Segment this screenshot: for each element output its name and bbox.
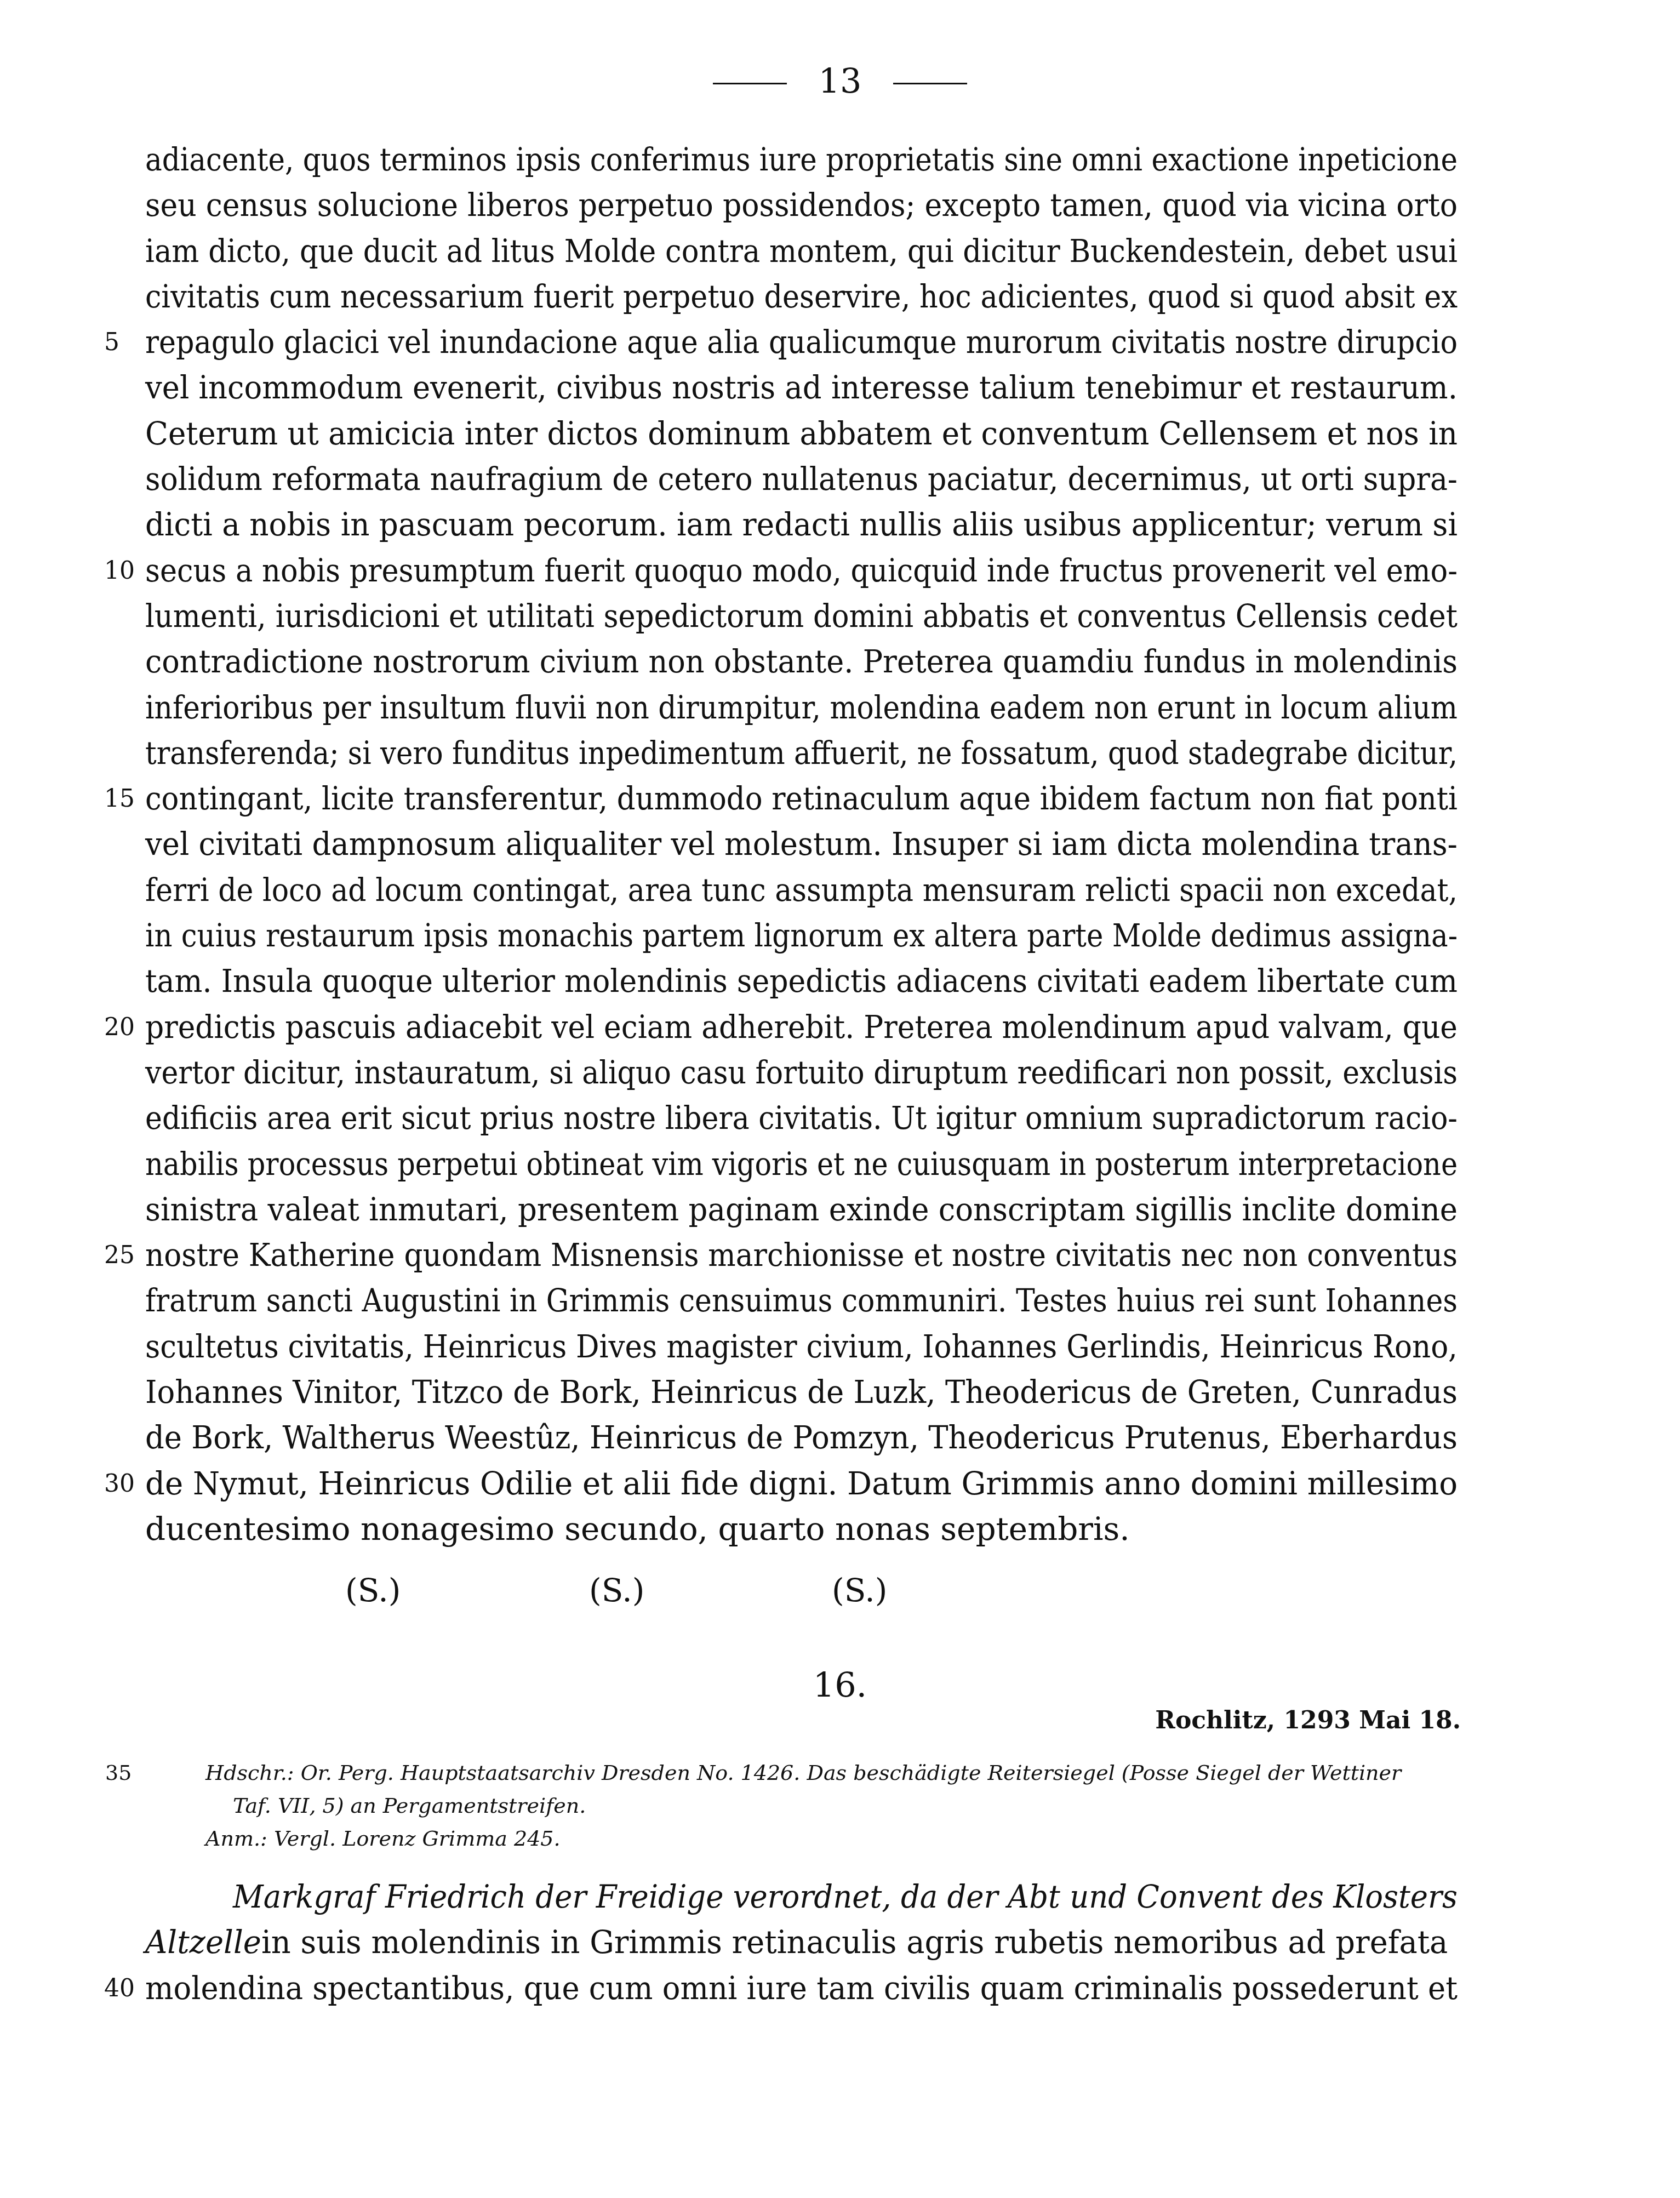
note-annotation-line: Anm.: Vergl. Lorenz Grimma 245. [110,1822,1458,1855]
line-text: fratrum sancti Augustini in Grimmis cens… [145,1278,1458,1323]
line-text: ducentesimo nonagesimo secundo, quarto n… [145,1510,1130,1548]
text-line: nabilis processus perpetui obtineat vim … [145,1141,1458,1187]
line-text: dicti a nobis in pascuam pecorum. iam re… [145,502,1458,547]
text-line: adiacente, quos terminos ipsis conferimu… [145,137,1458,182]
text-line: 15contingant, licite transferentur, dumm… [145,776,1458,821]
seal-mark-3: (S.) [832,1568,887,1612]
line-text: transferenda; si vero funditus inpedimen… [145,730,1458,776]
seal-mark-2: (S.) [589,1568,644,1612]
document-number: 16. [0,1666,1680,1704]
text-line: in cuius restaurum ipsis monachis partem… [145,913,1458,958]
line-text: scultetus civitatis, Heinricus Dives mag… [145,1324,1458,1369]
line-text: de Nymut, Heinricus Odilie et alii fide … [145,1461,1458,1506]
line-text: edificiis area erit sicut prius nostre l… [145,1095,1458,1141]
seal-mark-1: (S.) [345,1568,401,1612]
text-line: seu census solucione liberos perpetuo po… [145,182,1458,228]
line-text: predictis pascuis adiacebit vel eciam ad… [145,1004,1458,1050]
text-line: iam dicto, que ducit ad litus Molde cont… [145,229,1458,274]
text-line: Iohannes Vinitor, Titzco de Bork, Heinri… [145,1369,1458,1415]
line-text: lumenti, iurisdicioni et utilitati seped… [145,593,1458,639]
regest-line-3: 40 molendina spectantibus, que cum omni … [145,1966,1458,2011]
line-number: 10 [104,548,137,593]
line-number: 30 [104,1461,137,1506]
text-line: 25nostre Katherine quondam Misnensis mar… [145,1232,1458,1278]
text-line: vel civitati dampnosum aliqualiter vel m… [145,821,1458,867]
line-text: contingant, licite transferentur, dummod… [145,776,1458,821]
text-line: Ceterum ut amicicia inter dictos dominum… [145,411,1458,456]
text-line: ferri de loco ad locum contingat, area t… [145,867,1458,913]
line-number: 5 [104,319,137,365]
text-line: 30de Nymut, Heinricus Odilie et alii fid… [145,1461,1458,1506]
text-line: sinistra valeat inmutari, presentem pagi… [145,1187,1458,1232]
charter-text: adiacente, quos terminos ipsis conferimu… [145,137,1458,1552]
line-text: iam dicto, que ducit ad litus Molde cont… [145,229,1458,274]
line-text: vel civitati dampnosum aliqualiter vel m… [145,821,1458,867]
text-line: ducentesimo nonagesimo secundo, quarto n… [145,1506,1458,1552]
source-notes: 35 Hdschr.: Or. Perg. Hauptstaatsarchiv … [110,1756,1458,1855]
seals-row: (S.) (S.) (S.) [0,1568,1680,1612]
line-text: Iohannes Vinitor, Titzco de Bork, Heinri… [145,1369,1458,1415]
text-line: solidum reformata naufragium de cetero n… [145,456,1458,502]
line-text: nostre Katherine quondam Misnensis march… [145,1232,1458,1278]
line-number: 15 [104,776,137,821]
line-text: repagulo glacici vel inundacione aque al… [145,319,1458,365]
text-line: inferioribus per insultum fluvii non dir… [145,685,1458,730]
note-source-line-1: 35 Hdschr.: Or. Perg. Hauptstaatsarchiv … [110,1756,1458,1789]
line-text: tam. Insula quoque ulterior molendinis s… [145,958,1458,1004]
line-number: 25 [104,1232,137,1278]
text-line: scultetus civitatis, Heinricus Dives mag… [145,1324,1458,1369]
line-number: 35 [105,1756,132,1789]
text-line: vel incommodum evenerit, civibus nostris… [145,365,1458,410]
note-source-continuation: Taf. VII, 5) an Pergamentstreifen. [233,1789,586,1822]
line-text: seu census solucione liberos perpetuo po… [145,182,1458,228]
note-source-text: Hdschr.: Or. Perg. Hauptstaatsarchiv Dre… [205,1756,1401,1789]
text-line: civitatis cum necessarium fuerit perpetu… [145,274,1458,319]
line-text: adiacente, quos terminos ipsis conferimu… [145,137,1458,182]
text-line: tam. Insula quoque ulterior molendinis s… [145,958,1458,1004]
text-line: 5repagulo glacici vel inundacione aque a… [145,319,1458,365]
note-annotation: Anm.: Vergl. Lorenz Grimma 245. [205,1822,561,1855]
line-text: civitatis cum necessarium fuerit perpetu… [145,274,1458,319]
regest-latin-text: molendina spectantibus, que cum omni iur… [145,1966,1458,2011]
page-number: 13 [819,61,862,101]
text-line: contradictione nostrorum civium non obst… [145,639,1458,684]
line-text: in cuius restaurum ipsis monachis partem… [145,913,1458,958]
line-text: nabilis processus perpetui obtineat vim … [145,1141,1458,1187]
text-line: vertor dicitur, instauratum, si aliquo c… [145,1050,1458,1095]
regest-latin-text: in suis molendinis in Grimmis retinaculi… [261,1920,1448,1965]
regest-line-2: Altzelle in suis molendinis in Grimmis r… [145,1920,1458,1965]
header-rule-right [893,83,967,84]
line-text: inferioribus per insultum fluvii non dir… [145,685,1458,730]
regest-place-name: Altzelle [145,1920,261,1965]
text-line: transferenda; si vero funditus inpedimen… [145,730,1458,776]
line-text: sinistra valeat inmutari, presentem pagi… [145,1187,1458,1232]
text-line: dicti a nobis in pascuam pecorum. iam re… [145,502,1458,547]
line-text: vertor dicitur, instauratum, si aliquo c… [145,1050,1458,1095]
note-source-line-2: Taf. VII, 5) an Pergamentstreifen. [110,1789,1458,1822]
text-line: fratrum sancti Augustini in Grimmis cens… [145,1278,1458,1323]
line-text: vel incommodum evenerit, civibus nostris… [145,365,1458,410]
regest-line-1: Markgraf Friedrich der Freidige verordne… [145,1874,1458,1920]
text-line: 10secus a nobis presumptum fuerit quoquo… [145,548,1458,593]
line-text: ferri de loco ad locum contingat, area t… [145,867,1458,913]
text-line: lumenti, iurisdicioni et utilitati seped… [145,593,1458,639]
line-text: solidum reformata naufragium de cetero n… [145,456,1458,502]
regest-summary: Markgraf Friedrich der Freidige verordne… [233,1874,1458,1920]
regest-text: Markgraf Friedrich der Freidige verordne… [145,1874,1458,2011]
header-rule-left [713,83,787,84]
line-text: contradictione nostrorum civium non obst… [145,639,1458,684]
text-line: edificiis area erit sicut prius nostre l… [145,1095,1458,1141]
line-text: de Bork, Waltherus Weestûz, Heinricus de… [145,1415,1458,1460]
line-text: secus a nobis presumptum fuerit quoquo m… [145,548,1458,593]
page-header: 13 [0,59,1680,103]
line-number: 40 [104,1966,137,2011]
document-place-date: Rochlitz, 1293 Mai 18. [1155,1704,1461,1737]
text-line: de Bork, Waltherus Weestûz, Heinricus de… [145,1415,1458,1460]
text-line: 20predictis pascuis adiacebit vel eciam … [145,1004,1458,1050]
line-text: Ceterum ut amicicia inter dictos dominum… [145,411,1458,456]
line-number: 20 [104,1004,137,1050]
